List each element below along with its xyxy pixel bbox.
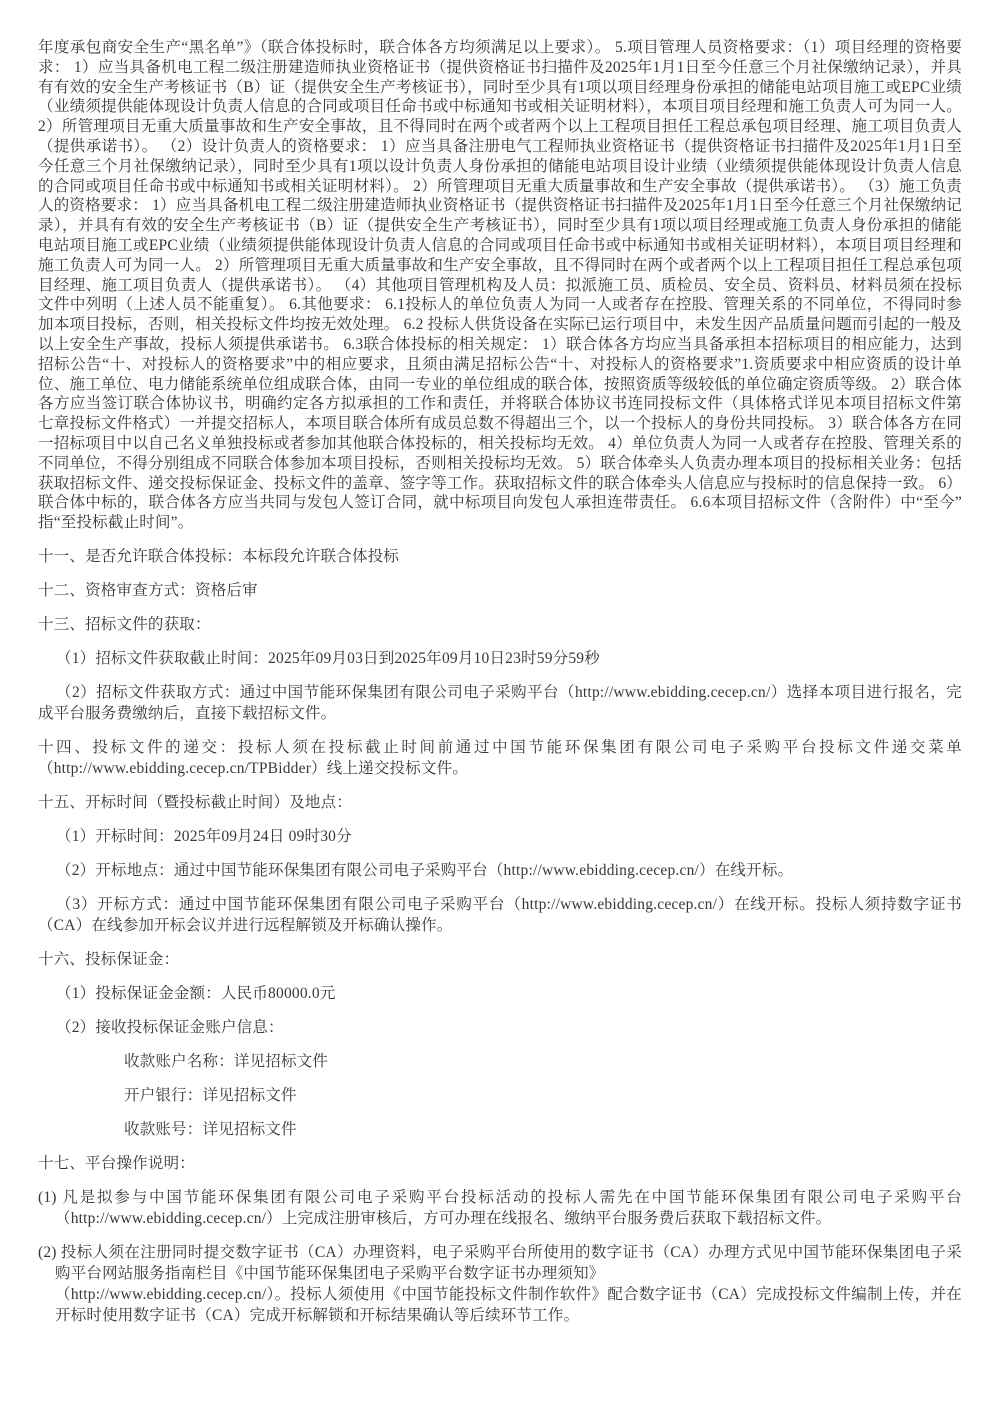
section-14-bid-submission: 十四、投标文件的递交：投标人须在投标截止时间前通过中国节能环保集团有限公司电子采… bbox=[38, 737, 962, 779]
section-11-joint-bid-allowed: 十一、是否允许联合体投标：本标段允许联合体投标 bbox=[38, 546, 962, 567]
section-15-item-place: （2）开标地点：通过中国节能环保集团有限公司电子采购平台（http://www.… bbox=[38, 860, 962, 881]
section-17-note-registration: (1) 凡是拟参与中国节能环保集团有限公司电子采购平台投标活动的投标人需先在中国… bbox=[38, 1187, 962, 1229]
bank-name-line: 开户银行：详见招标文件 bbox=[38, 1085, 962, 1106]
section-16-item-account-info: （2）接收投标保证金账户信息： bbox=[38, 1017, 962, 1038]
bank-account-number-line: 收款账号：详见招标文件 bbox=[38, 1119, 962, 1140]
section-13-item-deadline: （1）招标文件获取截止时间：2025年09月03日到2025年09月10日23时… bbox=[38, 648, 962, 669]
section-17-platform-instructions-heading: 十七、平台操作说明： bbox=[38, 1153, 962, 1174]
qualification-requirements-paragraph: 年度承包商安全生产“黑名单”》（联合体投标时，联合体各方均须满足以上要求）。 5… bbox=[38, 38, 962, 533]
section-15-item-time: （1）开标时间：2025年09月24日 09时30分 bbox=[38, 826, 962, 847]
bank-account-name-line: 收款账户名称：详见招标文件 bbox=[38, 1051, 962, 1072]
section-17-note-digital-certificate: (2) 投标人须在注册同时提交数字证书（CA）办理资料，电子采购平台所使用的数字… bbox=[38, 1242, 962, 1326]
section-15-item-method: （3）开标方式：通过中国节能环保集团有限公司电子采购平台（http://www.… bbox=[38, 894, 962, 936]
section-13-document-acquisition-heading: 十三、招标文件的获取： bbox=[38, 614, 962, 635]
notice-sections: 十一、是否允许联合体投标：本标段允许联合体投标 十二、资格审查方式：资格后审 十… bbox=[38, 546, 962, 1326]
section-13-item-method: （2）招标文件获取方式：通过中国节能环保集团有限公司电子采购平台（http://… bbox=[38, 682, 962, 724]
section-15-bid-opening-heading: 十五、开标时间（暨投标截止时间）及地点： bbox=[38, 792, 962, 813]
section-16-bid-bond-heading: 十六、投标保证金： bbox=[38, 949, 962, 970]
section-16-item-amount: （1）投标保证金金额：人民币80000.0元 bbox=[38, 983, 962, 1004]
tender-notice-document: 年度承包商安全生产“黑名单”》（联合体投标时，联合体各方均须满足以上要求）。 5… bbox=[0, 0, 1000, 1415]
section-12-qualification-review-method: 十二、资格审查方式：资格后审 bbox=[38, 580, 962, 601]
